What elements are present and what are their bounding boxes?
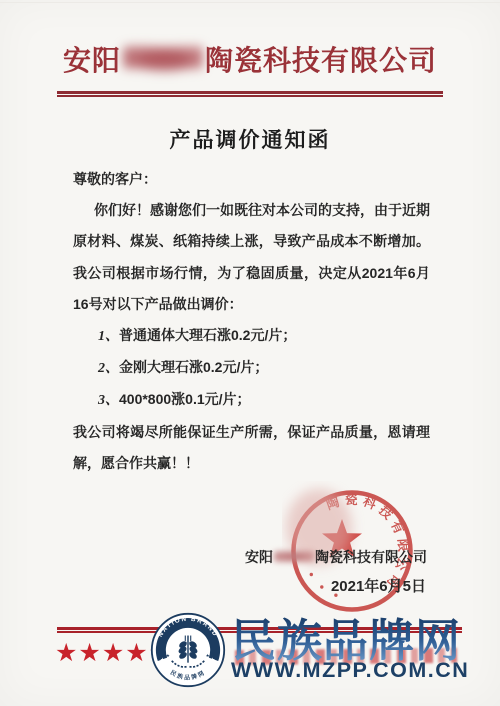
signature-date: 2021年6月5日 bbox=[331, 575, 426, 596]
item-number: 2、 bbox=[98, 361, 119, 376]
item-number: 1、 bbox=[98, 329, 119, 344]
page-edge bbox=[0, 2, 500, 3]
list-item: 2、金刚大理石涨0.2元/片； bbox=[98, 352, 430, 384]
nation-brand-logo-icon: NATION BRAND 民族品牌网 ★ ★ ★ ★ bbox=[150, 612, 226, 688]
footer-site-url: WWW.MZPP.COM.CN bbox=[231, 658, 469, 683]
logo-band-star-left: ★ bbox=[160, 658, 165, 664]
letterhead-company-suffix: 陶瓷科技有限公司 bbox=[205, 39, 437, 79]
document-page: 安阳陶瓷科技有限公司 产品调价通知函 尊敬的客户： 你们好！感谢您们一如既往对本… bbox=[0, 0, 500, 706]
item-number: 3、 bbox=[98, 393, 119, 408]
signature-company-prefix: 安阳 bbox=[245, 549, 273, 565]
letterhead-divider bbox=[57, 91, 443, 97]
signature-company: 安阳陶瓷科技有限公司 bbox=[245, 547, 427, 567]
item-text: 普通通体大理石涨0.2元/片； bbox=[119, 327, 296, 343]
letterhead: 安阳陶瓷科技有限公司 bbox=[0, 38, 500, 80]
item-text: 金刚大理石涨0.2元/片； bbox=[119, 359, 268, 375]
salutation: 尊敬的客户： bbox=[73, 164, 430, 195]
redacted-company-name-blur bbox=[123, 44, 203, 74]
letter-body: 尊敬的客户： 你们好！感谢您们一如既往对本公司的支持，由于近期原材料、煤炭、纸箱… bbox=[73, 164, 430, 479]
document-title: 产品调价通知函 bbox=[0, 124, 500, 154]
list-item: 3、400*800涨0.1元/片； bbox=[98, 384, 430, 416]
signature-company-suffix: 陶瓷科技有限公司 bbox=[315, 549, 427, 565]
item-text: 400*800涨0.1元/片； bbox=[119, 391, 251, 407]
logo-band-star-right: ★ bbox=[210, 658, 215, 664]
list-item: 1、普通通体大理石涨0.2元/片； bbox=[98, 320, 430, 352]
price-adjustment-list: 1、普通通体大理石涨0.2元/片； 2、金刚大理石涨0.2元/片； 3、400*… bbox=[98, 320, 430, 417]
signature-redaction-blur bbox=[274, 549, 314, 564]
paragraph-1: 你们好！感谢您们一如既往对本公司的支持，由于近期原材料、煤炭、纸箱持续上涨，导致… bbox=[73, 195, 430, 320]
letterhead-company-prefix: 安阳 bbox=[63, 39, 121, 79]
paragraph-2: 我公司将竭尽所能保证生产所需，保证产品质量，恩请理解，愿合作共赢！！ bbox=[73, 417, 430, 479]
